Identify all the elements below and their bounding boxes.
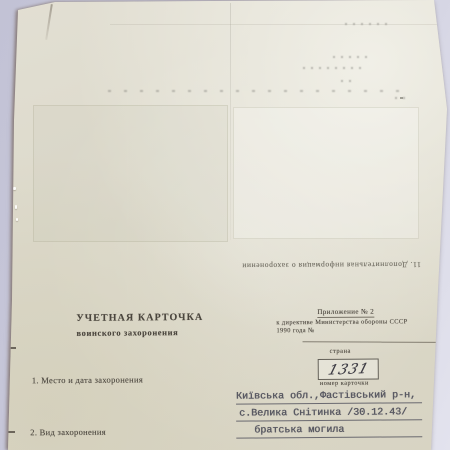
field-value-place-line1: Київська обл.,Фастівський р-н, (236, 390, 422, 404)
margin-mark (2, 408, 8, 410)
annex-reference-line3: 1990 года № (276, 327, 314, 334)
field-label-place-and-date: 1. Место и дата захоронения (32, 374, 143, 385)
field-label-burial-type: 2. Вид захоронения (30, 427, 106, 438)
burial-record-card: УЧЕТНАЯ КАРТОЧКА воинского захоронения П… (0, 0, 450, 450)
country-label: страна (330, 348, 351, 355)
field-value-burial-type: братська могила (236, 424, 422, 438)
card-number-handwritten: 1331 (326, 360, 371, 378)
annex-reference-line2: к директиве Министерства обороны СССР (276, 318, 407, 326)
card-title: УЧЕТНАЯ КАРТОЧКА (76, 312, 203, 324)
card-number-box: 1331 (318, 359, 379, 380)
paper-shadow: УЧЕТНАЯ КАРТОЧКА воинского захоронения П… (0, 0, 450, 450)
field-value-place-line2: с.Велика Снітинка /30.12.43/ (236, 407, 422, 421)
card-number-caption: номер карточки (320, 380, 369, 387)
annex-reference-line1: Приложение № 2 (317, 308, 374, 318)
reverse-side-upside-down-text: 11. Дополнительная информация о захороне… (229, 260, 421, 271)
photo-background: УЧЕТНАЯ КАРТОЧКА воинского захоронения П… (0, 0, 450, 450)
header-rule (303, 341, 443, 343)
card-front-content: УЧЕТНАЯ КАРТОЧКА воинского захоронения П… (0, 0, 450, 450)
card-subtitle: воинского захоронения (76, 327, 178, 338)
